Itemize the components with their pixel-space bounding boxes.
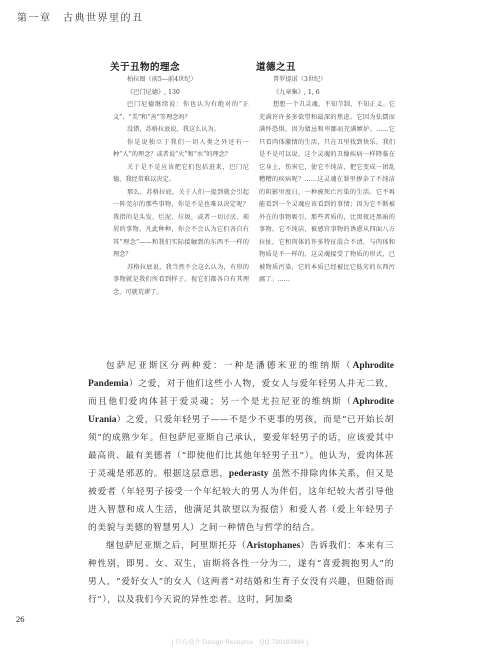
excerpt-title: 关于丑物的理念 bbox=[110, 62, 249, 74]
excerpt-paragraph: 没错，苏格拉底说，我这么认为。 bbox=[113, 124, 249, 137]
excerpt-source: 《巴门尼德》, 130 bbox=[113, 87, 249, 100]
excerpt-paragraph: 巴门尼德继续说：你也认为有绝对的“正义”、“美”和“善”等理念吗？ bbox=[113, 99, 249, 124]
body-paragraph: 包萨尼亚斯区分两种爱：一种是潘德米亚的维纳斯（Aphrodite Pandemi… bbox=[88, 357, 394, 537]
body-text: 包萨尼亚斯区分两种爱：一种是潘德米亚的维纳斯（Aphrodite Pandemi… bbox=[88, 357, 394, 609]
sidebar-excerpt-right: 道德之丑 普罗提诺（3世纪） 《九章集》, 1, 6 想想一个丑灵魂，不知节制，… bbox=[259, 62, 395, 287]
excerpt-paragraph: 苏格拉底说，我当然不会这么认为，有形的事物就是我们所看到样子。视它们都各自有其理… bbox=[113, 262, 249, 300]
excerpt-paragraph: 你是说独立于我们一切人类之外还有一种“人”的理念？或者说“火”和“水”的理念？ bbox=[113, 137, 249, 162]
sidebar-excerpt-left: 关于丑物的理念 柏拉图（前5—前4世纪） 《巴门尼德》, 130 巴门尼德继续说… bbox=[113, 62, 249, 299]
latin-term: pederasty bbox=[229, 469, 269, 479]
excerpt-author: 普罗提诺（3世纪） bbox=[259, 74, 395, 87]
watermark: [ 巨石设计 Design Resource QQ:730183894 ] bbox=[0, 637, 480, 646]
running-head: 第一章 古典世界里的丑 bbox=[17, 9, 144, 24]
excerpt-title: 道德之丑 bbox=[256, 62, 395, 74]
excerpt-paragraph: 想想一个丑灵魂，不知节制，不知正义。它充满许许多多欲望和最深的焦虑。它因为怯懦而… bbox=[259, 99, 395, 287]
excerpt-paragraph: 那么，苏格拉底，关于人们一提到就会引起一阵莞尔的那些事物，你是不是也难以决定呢？… bbox=[113, 187, 249, 262]
text-run: 包萨尼亚斯区分两种爱：一种是潘德米亚的维纳斯（ bbox=[106, 361, 352, 371]
excerpt-paragraph: 关于是不是应该把它们包括进来，巴门尼德，我经常难以决定。 bbox=[113, 162, 249, 187]
body-paragraph: 继包萨尼亚斯之后，阿里斯托芬（Aristophanes）告诉我们：本来有三种性别… bbox=[88, 537, 394, 609]
excerpt-source: 《九章集》, 1, 6 bbox=[259, 87, 395, 100]
text-run: ）之爱，对于他们这些小人物，爱女人与爱年轻男人并无二致，而且他们爱肉体甚于爱灵魂… bbox=[88, 379, 394, 407]
page-number: 26 bbox=[16, 614, 25, 624]
text-run: 继包萨尼亚斯之后，阿里斯托芬（ bbox=[106, 541, 247, 551]
excerpt-author: 柏拉图（前5—前4世纪） bbox=[113, 74, 249, 87]
latin-term: Aristophanes bbox=[247, 541, 301, 551]
